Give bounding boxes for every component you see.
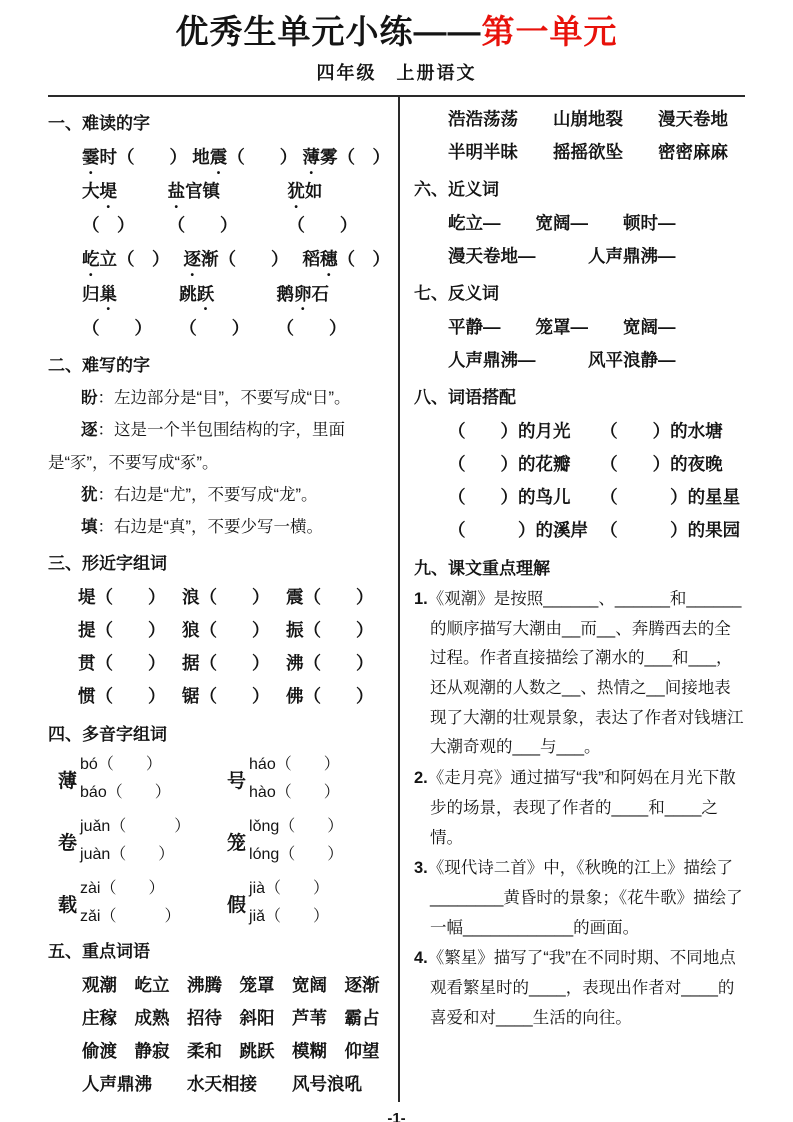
pinyin-line: zǎi（ ） [80, 903, 180, 931]
item-text: ：右边是“尤”，不要写成“龙”。 [98, 486, 318, 504]
polyphone-entry: 载 zài（ ）zǎi（ ） [58, 875, 221, 931]
section-3-heading: 三、形近字组词 [48, 551, 390, 577]
item-number: 3. [414, 859, 428, 877]
pinyin-line: zài（ ） [80, 875, 180, 903]
hard-write-item: 逐：这是一个半包围结构的字，里面是“豕”，不要写成“豖”。 [48, 414, 390, 478]
char: 跳 [179, 284, 197, 304]
key-words-row: 人声鼎沸 水天相接 风号浪吼 [82, 1068, 390, 1101]
emphasized-char: 屹 [82, 242, 100, 276]
pinyin-line: jià（ ） [249, 875, 329, 903]
emphasized-char: 盐 [168, 174, 186, 208]
comprehension-item: 2.《走月亮》通过描写“我”和阿妈在月光下散步的场景，表现了作者的____和__… [414, 764, 745, 853]
section-6-heading: 六、近义词 [414, 177, 745, 203]
key-words-row: 半明半昧 摇摇欲坠 密密麻麻 [448, 136, 745, 169]
two-column-body: 一、难读的字 霎时（ ） 地震（ ） 薄雾（ ） 大堤（ ） 盐官镇（ ） 犹如… [48, 95, 745, 1102]
pinyin-line: hào（ ） [249, 779, 340, 807]
vocab-word: 犹如（ ） [287, 174, 390, 242]
vocab-word: 大堤（ ） [82, 174, 168, 242]
left-column: 一、难读的字 霎时（ ） 地震（ ） 薄雾（ ） 大堤（ ） 盐官镇（ ） 犹如… [48, 97, 398, 1102]
hard-write-item: 填：右边是“真”，不要少写一横。 [48, 511, 390, 543]
pinyin-pair: jià（ ）jiǎ（ ） [249, 875, 329, 931]
char: 归 [82, 284, 100, 304]
answer-blank: （ ） [117, 249, 170, 269]
polyphone-entry: 笼 lǒng（ ）lóng（ ） [227, 813, 390, 869]
section-2-heading: 二、难写的字 [48, 353, 390, 379]
title-black-text: 优秀生单元小练—— [176, 13, 482, 50]
polyphone-char: 假 [227, 890, 246, 917]
title-unit-red-text: 第一单元 [482, 13, 618, 50]
polyphone-char: 号 [227, 766, 246, 793]
similar-char-cell: 狼（ ） [182, 614, 286, 647]
collocation-cell: （ ）的花瓣 [448, 448, 600, 481]
polyphone-char: 薄 [58, 766, 77, 793]
hard-read-row: 归巢（ ） 跳跃（ ） 鹅卵石（ ） [82, 277, 390, 345]
pinyin-pair: juǎn（ ）juàn（ ） [80, 813, 190, 869]
emphasized-char: 震 [210, 140, 228, 174]
answer-blank: （ ） [179, 318, 249, 338]
answer-blank: （ ） [168, 215, 238, 235]
comprehension-item: 3.《现代诗二首》中，《秋晚的江上》描绘了________黄昏时的景象；《花牛歌… [414, 854, 745, 943]
char: 渐 [201, 249, 219, 269]
char: 时 [100, 147, 118, 167]
lead-char: 逐 [81, 421, 98, 439]
char: 立 [100, 249, 118, 269]
char: 地 [192, 147, 210, 167]
similar-char-cell: 据（ ） [182, 647, 286, 680]
antonym-row: 人声鼎沸— 风平浪静— [448, 344, 745, 377]
emphasized-char: 巢 [100, 277, 118, 311]
antonym-row: 平静— 笼罩— 宽阔— [448, 311, 745, 344]
pinyin-pair: zài（ ）zǎi（ ） [80, 875, 180, 931]
hard-read-row: 屹立（ ） 逐渐（ ） 稻穗（ ） [82, 242, 390, 276]
similar-char-cell: 振（ ） [286, 614, 390, 647]
similar-char-cell: 提（ ） [78, 614, 182, 647]
vocab-word: 跳跃（ ） [179, 277, 276, 345]
collocation-cell: （ ）的果园 [600, 514, 745, 547]
section-4-heading: 四、多音字组词 [48, 722, 390, 748]
polyphone-entry: 假 jià（ ）jiǎ（ ） [227, 875, 390, 931]
similar-char-grid: 堤（ ） 浪（ ） 震（ ） 提（ ） 狼（ ） 振（ ） 贯（ ） 据（ ） … [78, 581, 390, 714]
emphasized-char: 跃 [197, 277, 215, 311]
answer-blank: （ ） [287, 215, 357, 235]
char: 如 [305, 181, 323, 201]
collocation-cell: （ ）的月光 [448, 415, 600, 448]
emphasized-char: 堤 [100, 174, 118, 208]
vocab-word: 霎时（ ） [82, 140, 187, 174]
vocab-word: 逐渐（ ） [184, 242, 289, 276]
collocation-cell: （ ）的星星 [600, 481, 745, 514]
section-5-heading: 五、重点词语 [48, 939, 390, 965]
polyphone-char: 卷 [58, 828, 77, 855]
pinyin-line: lóng（ ） [249, 841, 343, 869]
char: 雾 [320, 147, 338, 167]
similar-char-cell: 佛（ ） [286, 680, 390, 713]
collocation-cell: （ ）的鸟儿 [448, 481, 600, 514]
similar-char-cell: 沸（ ） [286, 647, 390, 680]
emphasized-char: 穗 [320, 242, 338, 276]
answer-blank: （ ） [338, 249, 391, 269]
polyphone-entry: 卷 juǎn（ ）juàn（ ） [58, 813, 221, 869]
item-text: 《现代诗二首》中，《秋晚的江上》描绘了________黄昏时的景象；《花牛歌》描… [428, 859, 743, 936]
item-number: 4. [414, 949, 428, 967]
pinyin-line: juàn（ ） [80, 841, 190, 869]
synonym-row: 屹立— 宽阔— 顿时— [448, 207, 745, 240]
section-1-heading: 一、难读的字 [48, 111, 390, 137]
polyphone-grid: 薄 bó（ ）báo（ ） 号 háo（ ）hào（ ） 卷 juǎn（ ）ju… [58, 751, 390, 931]
char: 稻 [303, 249, 321, 269]
emphasized-char: 逐 [184, 242, 202, 276]
pinyin-line: háo（ ） [249, 751, 340, 779]
item-number: 2. [414, 769, 428, 787]
similar-char-cell: 震（ ） [286, 581, 390, 614]
char: 官镇 [185, 181, 220, 201]
item-text: ：右边是“真”，不要少写一横。 [98, 518, 324, 536]
worksheet-page: 优秀生单元小练——第一单元 四年级 上册语文 一、难读的字 霎时（ ） 地震（ … [0, 0, 793, 1122]
hard-write-item: 犹：右边是“尤”，不要写成“龙”。 [48, 479, 390, 511]
answer-blank: （ ） [82, 215, 135, 235]
comprehension-item: 1.《观潮》是按照______、______和______的顺序描写大潮由__而… [414, 585, 745, 763]
emphasized-char: 卵 [294, 277, 312, 311]
answer-blank: （ ） [82, 318, 152, 338]
char: 鹅 [277, 284, 295, 304]
similar-char-cell: 贯（ ） [78, 647, 182, 680]
vocab-word: 盐官镇（ ） [168, 174, 288, 242]
item-number: 1. [414, 590, 428, 608]
answer-blank: （ ） [227, 147, 297, 167]
pinyin-pair: lǒng（ ）lóng（ ） [249, 813, 343, 869]
item-text: ：左边部分是“目”，不要写成“日”。 [98, 389, 351, 407]
pinyin-pair: háo（ ）hào（ ） [249, 751, 340, 807]
section-7-heading: 七、反义词 [414, 281, 745, 307]
page-number: -1- [48, 1110, 745, 1122]
char: 石 [312, 284, 330, 304]
vocab-word: 鹅卵石（ ） [277, 277, 390, 345]
pinyin-line: báo（ ） [80, 779, 171, 807]
item-text: 《走月亮》通过描写“我”和阿妈在月光下散步的场景，表现了作者的____和____… [428, 769, 736, 846]
hard-write-item: 盼：左边部分是“目”，不要写成“日”。 [48, 382, 390, 414]
similar-char-cell: 锯（ ） [182, 680, 286, 713]
collocation-cell: （ ）的溪岸 [448, 514, 600, 547]
lead-char: 犹 [81, 486, 98, 504]
vocab-word: 地震（ ） [192, 140, 297, 174]
right-column: 浩浩荡荡 山崩地裂 漫天卷地 半明半昧 摇摇欲坠 密密麻麻 六、近义词 屹立— … [398, 97, 745, 1102]
pinyin-line: bó（ ） [80, 751, 171, 779]
vocab-word: 稻穗（ ） [303, 242, 391, 276]
page-title: 优秀生单元小练——第一单元 [48, 10, 745, 55]
vocab-word: 屹立（ ） [82, 242, 170, 276]
collocation-cell: （ ）的夜晚 [600, 448, 745, 481]
item-text: 《观潮》是按照______、______和______的顺序描写大潮由__而__… [428, 590, 744, 756]
page-subtitle: 四年级 上册语文 [48, 59, 745, 85]
pinyin-pair: bó（ ）báo（ ） [80, 751, 171, 807]
answer-blank: （ ） [117, 147, 187, 167]
char: 大 [82, 181, 100, 201]
section-8-heading: 八、词语搭配 [414, 385, 745, 411]
polyphone-entry: 薄 bó（ ）báo（ ） [58, 751, 221, 807]
key-words-row: 观潮 屹立 沸腾 笼罩 宽阔 逐渐 [82, 969, 390, 1002]
similar-char-cell: 浪（ ） [182, 581, 286, 614]
comprehension-item: 4.《繁星》描写了“我”在不同时期、不同地点观看繁星时的____，表现出作者对_… [414, 944, 745, 1033]
hard-read-row: 大堤（ ） 盐官镇（ ） 犹如（ ） [82, 174, 390, 242]
answer-blank: （ ） [338, 147, 391, 167]
emphasized-char: 霎 [82, 140, 100, 174]
collocation-grid: （ ）的月光 （ ）的水塘 （ ）的花瓣 （ ）的夜晚 （ ）的鸟儿 （ ）的星… [448, 415, 745, 548]
answer-blank: （ ） [219, 249, 289, 269]
emphasized-char: 犹 [287, 174, 305, 208]
similar-char-cell: 堤（ ） [78, 581, 182, 614]
similar-char-cell: 惯（ ） [78, 680, 182, 713]
lead-char: 填 [81, 518, 98, 536]
vocab-word: 薄雾（ ） [303, 140, 391, 174]
pinyin-line: jiǎ（ ） [249, 903, 329, 931]
hard-read-row: 霎时（ ） 地震（ ） 薄雾（ ） [82, 140, 390, 174]
vocab-word: 归巢（ ） [82, 277, 179, 345]
key-words-row: 庄稼 成熟 招待 斜阳 芦苇 霸占 [82, 1002, 390, 1035]
key-words-row: 浩浩荡荡 山崩地裂 漫天卷地 [448, 103, 745, 136]
pinyin-line: juǎn（ ） [80, 813, 190, 841]
emphasized-char: 薄 [303, 140, 321, 174]
lead-char: 盼 [81, 389, 98, 407]
polyphone-char: 载 [58, 890, 77, 917]
pinyin-line: lǒng（ ） [249, 813, 343, 841]
section-9-heading: 九、课文重点理解 [414, 556, 745, 582]
synonym-row: 漫天卷地— 人声鼎沸— [448, 240, 745, 273]
item-text: 《繁星》描写了“我”在不同时期、不同地点观看繁星时的____，表现出作者对___… [428, 949, 736, 1026]
answer-blank: （ ） [277, 318, 347, 338]
polyphone-entry: 号 háo（ ）hào（ ） [227, 751, 390, 807]
key-words-row: 偷渡 静寂 柔和 跳跃 模糊 仰望 [82, 1035, 390, 1068]
polyphone-char: 笼 [227, 828, 246, 855]
collocation-cell: （ ）的水塘 [600, 415, 745, 448]
